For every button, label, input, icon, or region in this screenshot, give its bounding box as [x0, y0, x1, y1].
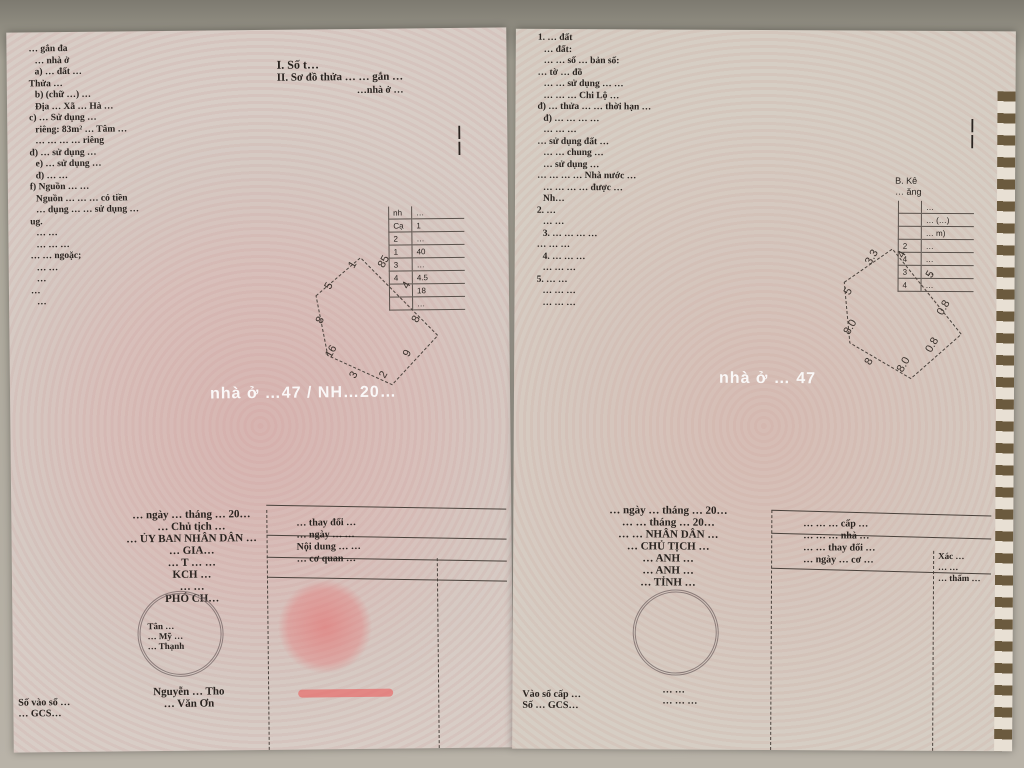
changes-header-line: … … thay đổi …: [803, 542, 875, 554]
stamp-line: … Mỹ …: [148, 631, 185, 641]
svg-text:0.8: 0.8: [923, 335, 941, 354]
body-line: … … …: [542, 286, 575, 297]
issuer-line: … TỈNH …: [573, 576, 763, 589]
changes-header-line: … cơ quan …: [297, 553, 361, 566]
svg-text:5: 5: [322, 280, 335, 291]
changes-header-line: … … … cấp …: [803, 518, 875, 530]
body-line: 2. …: [537, 205, 556, 216]
table-cell: …: [412, 206, 465, 219]
issuer-line: … … NHÂN DÂN …: [573, 528, 763, 541]
right-table-title: B. Kê… ăng: [895, 176, 922, 198]
table-title-line: … ăng: [895, 187, 922, 198]
left-body-text: … gắn đa… nhà ởa) … đất …Thửa …b) (chữ ……: [6, 27, 506, 32]
body-line: f) Nguồn … …: [30, 182, 90, 194]
table-title-line: B. Kê: [895, 176, 922, 187]
right-watermark: nhà ở … 47: [719, 370, 816, 389]
body-line: …: [37, 274, 47, 285]
left-signer-name: Nguyễn … Tho… Văn Ơn: [153, 685, 225, 710]
body-line: … sử dụng …: [543, 159, 599, 170]
body-line: … … …: [543, 125, 576, 136]
right-body-text: 1. … đất… đất:… … số … bản số:… tờ … đồ……: [516, 29, 1016, 32]
body-line: … … sử dụng … …: [544, 79, 624, 90]
body-line: … dụng … … sử dụng …: [36, 204, 139, 216]
signer-line: … … …: [662, 695, 697, 706]
body-line: … nhà ở: [34, 55, 69, 66]
body-line: ug.: [30, 217, 43, 228]
body-line: … tờ … đồ: [538, 67, 583, 78]
right-margin-marks: ||: [970, 116, 974, 148]
signer-line: … …: [662, 684, 697, 695]
changes-header-line: … … … nhà …: [803, 530, 875, 542]
body-line: … … ngoặc;: [31, 251, 82, 263]
issuer-line: … ngày … tháng … 20…: [573, 504, 763, 517]
svg-text:8.0: 8.0: [895, 355, 913, 374]
changes-header-line: Nội dung … …: [297, 541, 361, 554]
body-line: … … … … riêng: [35, 136, 104, 148]
table-row: Cạ1: [389, 218, 465, 232]
right-changes-col-border: [932, 551, 934, 751]
svg-text:5: 5: [842, 286, 855, 297]
svg-text:0.8: 0.8: [935, 298, 953, 317]
right-page: 1. … đất… đất:… … số … bản số:… tờ … đồ……: [512, 29, 1016, 752]
body-line: … … …: [542, 297, 575, 308]
body-line: c) … Sử dụng …: [29, 113, 97, 125]
issuer-line: … ỦY BAN NHÂN DÂN …: [106, 532, 276, 546]
footer-line: Vào sổ cấp …: [522, 689, 581, 700]
issuer-line: … ANH …: [573, 564, 763, 577]
left-heading-3: …nhà ở …: [357, 84, 404, 95]
body-line: … … … … Nhà nước …: [537, 171, 636, 183]
right-confirm-column: Xác …… …… thẩm …: [938, 551, 981, 584]
left-changes-header: … thay đổi …… ngày … …Nội dung … …… cơ q…: [296, 517, 361, 566]
body-line: 1. … đất: [538, 33, 573, 44]
right-parcel-diagram: 0.80.88.088.053.345: [814, 230, 975, 401]
footer-line: Số vào sổ …: [18, 697, 70, 709]
body-line: 3. … … … …: [543, 228, 598, 239]
body-line: đ) … … … …: [543, 113, 599, 124]
body-line: … … …: [36, 239, 69, 250]
svg-text:8: 8: [862, 356, 875, 367]
body-line: … … … Chi Lộ …: [544, 90, 620, 101]
stamp-line: … Thạnh: [148, 641, 185, 651]
body-line: 4. … … …: [543, 251, 586, 262]
right-signer-name: … …… … …: [662, 684, 697, 706]
issuer-line: … … tháng … 20…: [573, 516, 763, 529]
right-round-stamp: [633, 589, 719, 675]
table-cell: … (…): [921, 213, 974, 226]
body-line: …: [31, 286, 41, 297]
table-cell: 1: [412, 218, 465, 232]
table-cell: [898, 213, 921, 226]
body-line: … … … … được …: [543, 182, 623, 193]
red-signature: [298, 689, 393, 698]
changes-header-line: … thay đổi …: [296, 517, 360, 530]
issuer-line: … ANH …: [573, 552, 763, 565]
body-line: riêng: 83m² … Tâm …: [35, 124, 127, 136]
table-row: …: [898, 201, 974, 214]
changes-header-line: … ngày … cơ …: [803, 554, 875, 566]
svg-text:2: 2: [377, 369, 390, 380]
svg-text:4: 4: [895, 249, 908, 260]
body-line: Địa … Xã … Hà …: [35, 101, 113, 113]
left-margin-marks: ||: [457, 123, 461, 155]
svg-text:85: 85: [376, 253, 392, 270]
body-line: a) … đất …: [35, 67, 82, 78]
body-line: … đất:: [544, 44, 572, 55]
body-line: b) (chữ …) …: [35, 90, 91, 102]
right-changes-header: … … … cấp …… … … nhà …… … thay đổi …… ng…: [803, 518, 875, 566]
body-line: đ) … sử dụng …: [29, 147, 96, 159]
body-line: … … số … bản số:: [544, 56, 620, 67]
left-issuer-block: … ngày … tháng … 20…… Chủ tịch …… ỦY BAN…: [106, 508, 277, 606]
body-line: … …: [543, 217, 564, 228]
stamp-line: Tân …: [147, 621, 184, 631]
rule: [267, 577, 507, 582]
body-line: … … chung …: [543, 148, 604, 159]
body-line: … …: [37, 263, 58, 274]
left-changes-col-border: [437, 558, 440, 748]
confirm-line: … …: [938, 562, 981, 573]
rule: [771, 510, 991, 517]
right-footer: Vào sổ cấp …Số … GCS…: [522, 689, 581, 711]
body-line: … sử dụng đất …: [537, 136, 609, 147]
svg-text:3: 3: [347, 369, 360, 380]
svg-text:3.3: 3.3: [863, 248, 881, 267]
svg-text:9: 9: [401, 348, 414, 359]
svg-text:5: 5: [924, 269, 937, 280]
table-row: nh…: [389, 206, 465, 219]
table-cell: [898, 201, 921, 214]
table-row: … (…): [898, 213, 974, 226]
rule: [266, 505, 506, 510]
body-line: 5. … …: [537, 274, 568, 285]
table-cell: …: [921, 201, 974, 214]
left-page: … gắn đa… nhà ởa) … đất …Thửa …b) (chữ ……: [6, 27, 514, 752]
body-line: e) … sử dụng …: [36, 159, 102, 171]
svg-text:8: 8: [409, 314, 422, 325]
body-line: Thửa …: [29, 79, 63, 90]
left-watermark: nhà ở …47 / NH…20…: [210, 384, 397, 404]
body-line: … … …: [537, 240, 570, 251]
signer-line: … Văn Ơn: [153, 697, 224, 710]
right-issuer-block: … ngày … tháng … 20…… … tháng … 20…… … N…: [573, 504, 763, 589]
confirm-line: Xác …: [938, 551, 981, 562]
body-line: Nguồn … … … có tiền: [36, 193, 128, 205]
body-line: đ) … …: [36, 170, 68, 181]
left-heading-2: II. Sơ đồ thửa … … gắn …: [277, 70, 404, 83]
body-line: … …: [36, 228, 57, 239]
table-cell: nh: [389, 206, 412, 219]
body-line: đ) … thửa … … thời hạn …: [537, 102, 651, 114]
body-line: …: [37, 297, 47, 308]
page-edge-perforation: [994, 91, 1015, 751]
footer-line: … GCS…: [18, 708, 70, 720]
changes-header-line: … ngày … …: [296, 529, 360, 542]
body-line: Nh…: [543, 194, 565, 205]
red-seal: [277, 579, 373, 675]
svg-text:4: 4: [400, 280, 413, 291]
table-cell: Cạ: [389, 219, 412, 232]
body-line: … gắn đa: [28, 44, 67, 55]
svg-text:8.0: 8.0: [841, 318, 859, 337]
right-changes-border: [770, 510, 772, 750]
signer-line: Nguyễn … Tho: [153, 685, 224, 698]
body-line: … … …: [543, 263, 576, 274]
left-footer: Số vào sổ …… GCS…: [18, 697, 70, 720]
issuer-line: … CHỦ TỊCH …: [573, 540, 763, 553]
confirm-line: … thẩm …: [938, 573, 981, 584]
footer-line: Số … GCS…: [522, 700, 581, 711]
left-stamp-text: Tân …… Mỹ …… Thạnh: [147, 621, 184, 651]
